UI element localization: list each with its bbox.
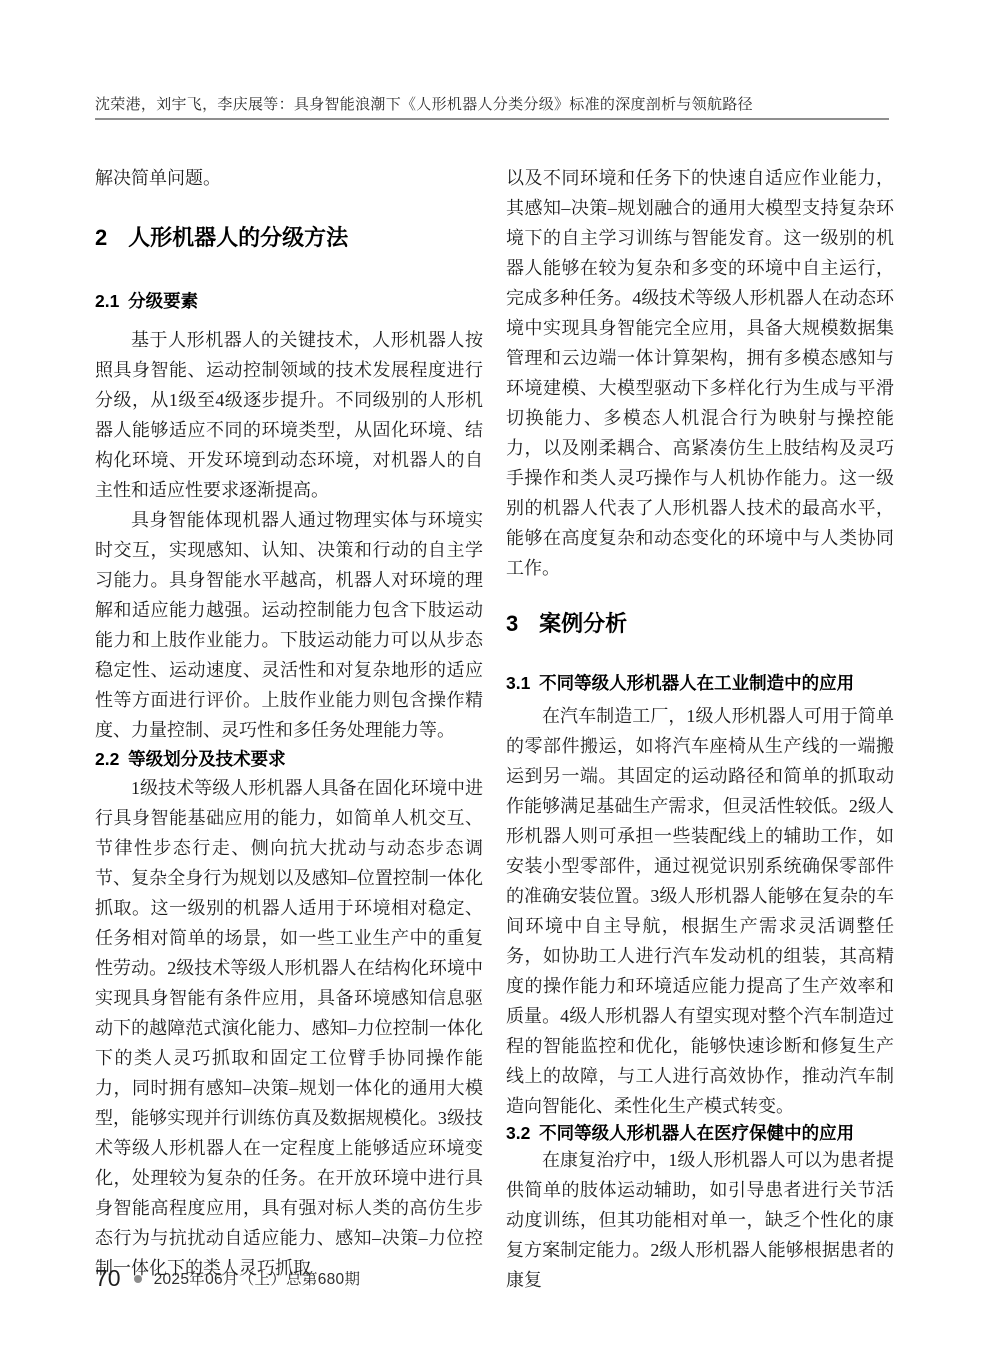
- carryover-paragraph: 解决简单问题。: [95, 163, 483, 193]
- section-2-heading: 2人形机器人的分级方法: [95, 223, 483, 253]
- paragraph-technical-levels: 1级技术等级人形机器人具备在固化环境中进行具身智能基础应用的能力，如简单人机交互…: [95, 773, 483, 1283]
- paragraph-industry-application: 在汽车制造工厂，1级人形机器人可用于简单的零部件搬运，如将汽车座椅从生产线的一端…: [506, 701, 894, 1121]
- paragraph-healthcare-application: 在康复治疗中，1级人形机器人可以为患者提供简单的肢体运动辅助，如引导患者进行关节…: [506, 1145, 894, 1295]
- section-2-2-number: 2.2: [95, 749, 119, 769]
- header-rule: [95, 118, 889, 120]
- section-3-2-title: 不同等级人形机器人在医疗保健中的应用: [539, 1123, 854, 1143]
- left-column: 解决简单问题。 2人形机器人的分级方法 2.1分级要素 基于人形机器人的关键技术…: [95, 163, 483, 1283]
- right-column: 以及不同环境和任务下的快速自适应作业能力，其感知–决策–规划融合的通用大模型支持…: [506, 163, 894, 1295]
- section-3-2-heading: 3.2不同等级人形机器人在医疗保健中的应用: [506, 1121, 894, 1145]
- section-3-1-heading: 3.1不同等级人形机器人在工业制造中的应用: [506, 671, 894, 695]
- paragraph-grading-basis: 基于人形机器人的关键技术，人形机器人按照具身智能、运动控制领域的技术发展程度进行…: [95, 325, 483, 505]
- issue-info: 2025年06月（上）总第680期: [154, 1267, 361, 1289]
- section-2-number: 2: [95, 225, 107, 250]
- section-3-heading: 3案例分析: [506, 609, 894, 639]
- section-2-1-heading: 2.1分级要素: [95, 289, 483, 313]
- section-2-title: 人形机器人的分级方法: [128, 225, 348, 250]
- section-3-1-number: 3.1: [506, 673, 530, 693]
- running-title: 沈荣港，刘宇飞，李庆展等：具身智能浪潮下《人形机器人分类分级》标准的深度剖析与领…: [95, 96, 889, 114]
- section-3-1-title: 不同等级人形机器人在工业制造中的应用: [539, 673, 854, 693]
- bullet-icon: [134, 1275, 142, 1283]
- section-3-number: 3: [506, 611, 518, 636]
- section-2-2-title: 等级划分及技术要求: [128, 749, 286, 769]
- section-2-1-title: 分级要素: [128, 291, 198, 311]
- section-3-2-number: 3.2: [506, 1123, 530, 1143]
- section-2-2-heading: 2.2等级划分及技术要求: [95, 747, 483, 771]
- paragraph-embodied-intelligence: 具身智能体现机器人通过物理实体与环境实时交互，实现感知、认知、决策和行动的自主学…: [95, 505, 483, 745]
- section-3-title: 案例分析: [539, 611, 627, 636]
- section-2-1-number: 2.1: [95, 291, 119, 311]
- paragraph-technical-levels-continued: 以及不同环境和任务下的快速自适应作业能力，其感知–决策–规划融合的通用大模型支持…: [506, 163, 894, 583]
- page-footer: 70 2025年06月（上）总第680期: [95, 1264, 360, 1292]
- journal-page: 沈荣港，刘宇飞，李庆展等：具身智能浪潮下《人形机器人分类分级》标准的深度剖析与领…: [0, 0, 992, 1346]
- page-number: 70: [95, 1264, 121, 1292]
